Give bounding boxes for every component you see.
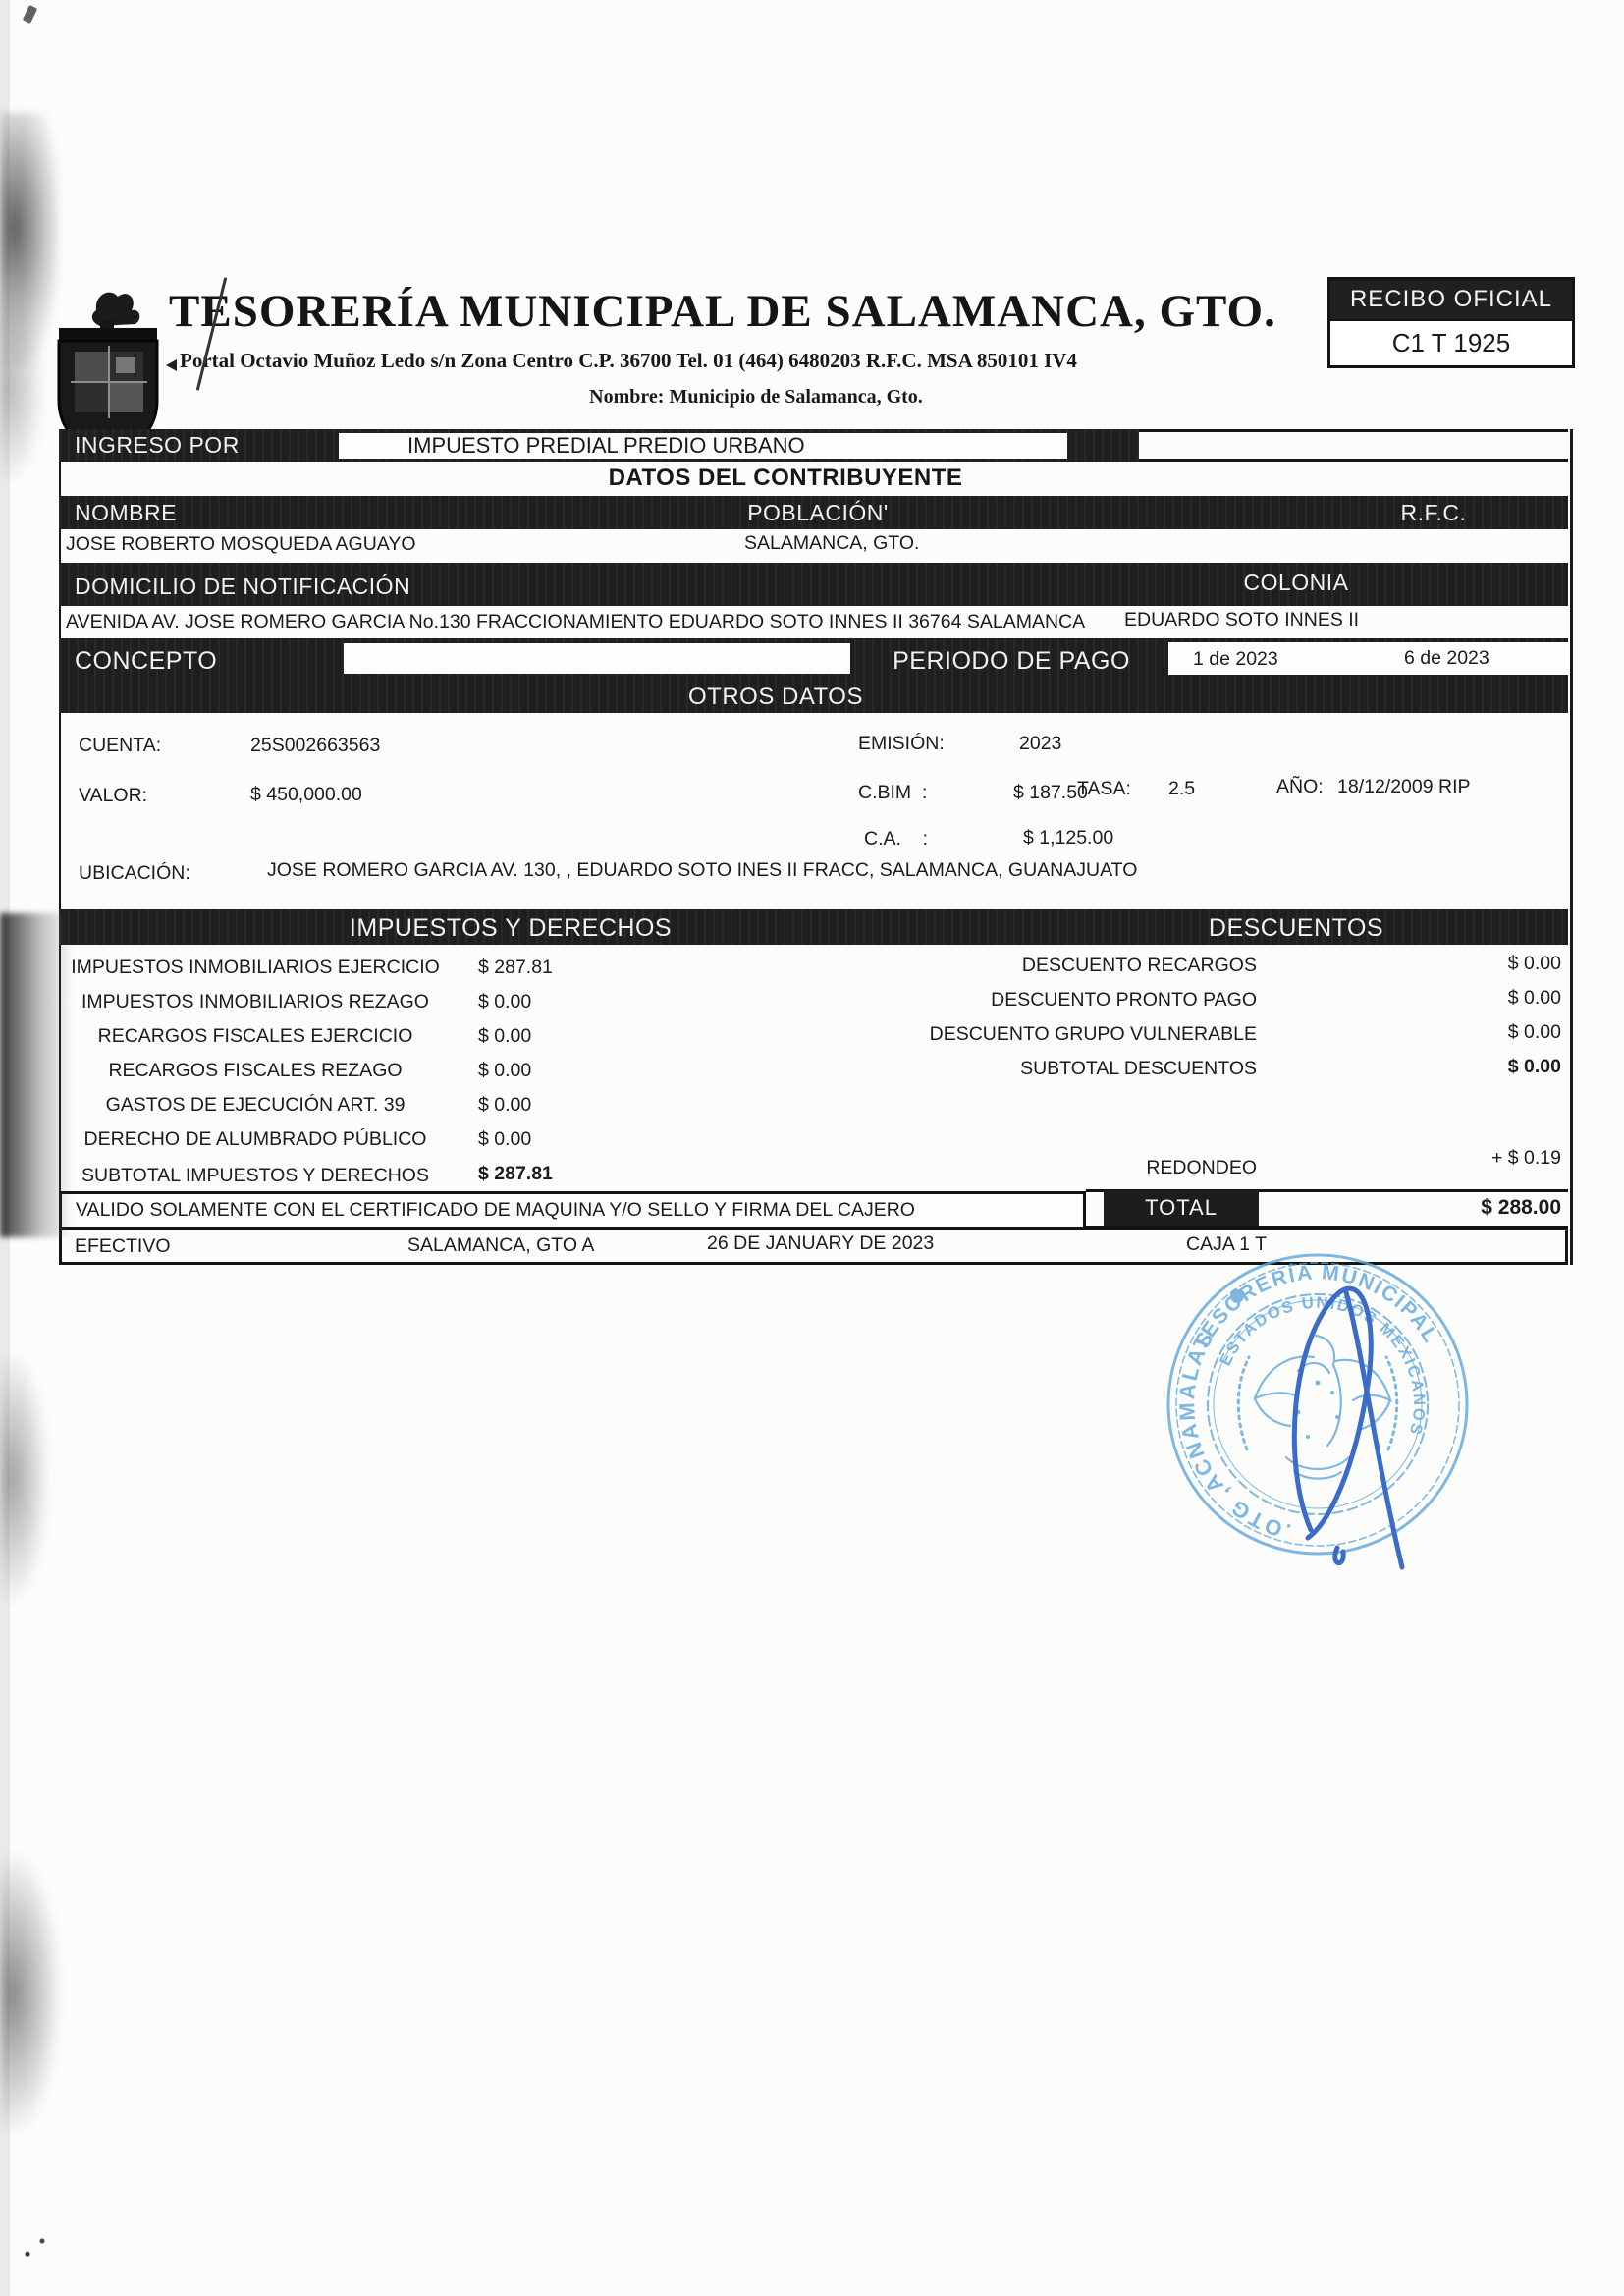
table-row-label: RECARGOS FISCALES EJERCICIO	[69, 1025, 442, 1048]
nombre-label: NOMBRE	[75, 500, 177, 526]
table-row-amount: $ 0.00	[478, 1094, 531, 1117]
valido-legend-box: VALIDO SOLAMENTE CON EL CERTIFICADO DE M…	[59, 1191, 1086, 1230]
table-row-amount: $ 287.81	[478, 957, 553, 979]
total-amount: $ 288.00	[1267, 1196, 1561, 1220]
scan-artifact	[0, 1355, 47, 1601]
domicilio-value: AVENIDA AV. JOSE ROMERO GARCIA No.130 FR…	[66, 611, 1085, 633]
table-row-label: DESCUENTO GRUPO VULNERABLE	[864, 1023, 1257, 1046]
subtotal-impuestos-label: SUBTOTAL IMPUESTOS Y DERECHOS	[69, 1165, 442, 1187]
header-address: Portal Octavio Muñoz Ledo s/n Zona Centr…	[180, 349, 1077, 373]
section-impuestos-derechos: IMPUESTOS Y DERECHOS	[157, 914, 864, 943]
table-row-label: DESCUENTO PRONTO PAGO	[864, 989, 1257, 1011]
table-row-label: RECARGOS FISCALES REZAGO	[69, 1060, 442, 1082]
section-datos-contribuyente: DATOS DEL CONTRIBUYENTE	[59, 465, 1512, 492]
header-name-line: Nombre: Municipio de Salamanca, Gto.	[314, 386, 1198, 409]
nombre-value: JOSE ROBERTO MOSQUEDA AGUAYO	[66, 533, 416, 556]
rfc-label: R.F.C.	[1335, 500, 1532, 526]
seal-arc-texts: TESORERÍA MUNICIPAL .OTG ,ACNAMALAS ESTA…	[1174, 1261, 1442, 1544]
receipt-number: C1 T 1925	[1330, 319, 1572, 365]
table-row-amount: $ 0.00	[478, 991, 531, 1013]
ingreso-por-value: IMPUESTO PREDIAL PREDIO URBANO	[339, 433, 1067, 459]
tasa-label: TASA:	[1077, 778, 1131, 800]
cuenta-value: 25S002663563	[250, 735, 380, 757]
cbim-label: C.BIM :	[858, 782, 927, 804]
redondeo-amount: + $ 0.19	[1365, 1147, 1561, 1170]
table-row-amount: $ 0.00	[1365, 953, 1561, 975]
ingreso-por-value-box: IMPUESTO PREDIAL PREDIO URBANO	[339, 433, 1067, 459]
periodo-inicio-value: 1 de 2023	[1193, 648, 1278, 671]
table-row-amount: $ 0.00	[1365, 1021, 1561, 1044]
periodo-de-pago-label: PERIODO DE PAGO	[864, 647, 1159, 676]
ingreso-por-label: INGRESO POR	[75, 432, 240, 459]
official-receipt-box: RECIBO OFICIAL C1 T 1925	[1327, 277, 1575, 368]
scan-artifact	[0, 0, 10, 2296]
tasa-value: 2.5	[1168, 778, 1195, 800]
receipt-page: TESORERÍA MUNICIPAL DE SALAMANCA, GTO. P…	[0, 0, 1624, 2296]
valor-label: VALOR:	[79, 785, 147, 807]
cuenta-label: CUENTA:	[79, 735, 161, 757]
ubicacion-label: UBICACIÓN:	[79, 862, 190, 885]
emision-value: 2023	[1019, 733, 1061, 755]
table-row-amount: $ 0.00	[1365, 987, 1561, 1010]
table-row-label: GASTOS DE EJECUCIÓN ART. 39	[69, 1094, 442, 1117]
page-title: TESORERÍA MUNICIPAL DE SALAMANCA, GTO.	[169, 285, 1276, 338]
total-label: TOTAL	[1104, 1190, 1259, 1226]
poblacion-label: POBLACIÓN'	[671, 500, 965, 526]
scan-artifact	[0, 295, 43, 481]
ca-value: $ 1,125.00	[1023, 827, 1113, 849]
stamp-seal: TESORERÍA MUNICIPAL .OTG ,ACNAMALAS ESTA…	[1151, 1235, 1489, 1613]
table-row-label: IMPUESTOS INMOBILIARIOS EJERCICIO	[69, 957, 442, 979]
subtotal-descuentos-amount: $ 0.00	[1365, 1056, 1561, 1078]
valor-value: $ 450,000.00	[250, 784, 362, 806]
section-otros-datos: OTROS DATOS	[59, 683, 1492, 711]
emision-label: EMISIÓN:	[858, 733, 945, 755]
subtotal-impuestos-amount: $ 287.81	[478, 1163, 553, 1185]
rule-segment	[1139, 429, 1568, 462]
colonia-label: COLONIA	[1149, 570, 1443, 596]
colonia-value: EDUARDO SOTO INNES II	[1124, 609, 1359, 631]
scan-artifact	[22, 2235, 51, 2259]
scan-artifact	[0, 1856, 59, 2131]
valido-legend: VALIDO SOLAMENTE CON EL CERTIFICADO DE M…	[62, 1194, 1083, 1226]
subtotal-descuentos-label: SUBTOTAL DESCUENTOS	[864, 1058, 1257, 1080]
concepto-label: CONCEPTO	[75, 647, 217, 676]
table-row-amount: $ 0.00	[478, 1025, 531, 1048]
section-descuentos: DESCUENTOS	[1021, 914, 1571, 943]
table-row-label: DERECHO DE ALUMBRADO PÚBLICO	[69, 1128, 442, 1151]
anio-value: 18/12/2009 RIP	[1337, 776, 1471, 798]
ca-label: C.A. :	[864, 828, 928, 850]
concepto-value-box	[344, 643, 850, 674]
forma-pago-value: EFECTIVO	[75, 1235, 171, 1258]
periodo-fin-value: 6 de 2023	[1404, 647, 1489, 670]
table-row-amount: $ 0.00	[478, 1060, 531, 1082]
lugar-value: SALAMANCA, GTO A	[407, 1234, 594, 1257]
table-row-label: IMPUESTOS INMOBILIARIOS REZAGO	[69, 991, 442, 1013]
fecha-value: 26 DE JANUARY DE 2023	[707, 1232, 934, 1255]
table-row-amount: $ 0.00	[478, 1128, 531, 1151]
domicilio-label: DOMICILIO DE NOTIFICACIÓN	[75, 574, 410, 600]
scan-artifact	[23, 5, 38, 24]
recibo-oficial-header: RECIBO OFICIAL	[1330, 280, 1572, 319]
poblacion-value: SALAMANCA, GTO.	[744, 532, 919, 555]
redondeo-label: REDONDEO	[864, 1157, 1257, 1179]
ubicacion-value: JOSE ROMERO GARCIA AV. 130, , EDUARDO SO…	[267, 859, 1137, 882]
table-row-label: DESCUENTO RECARGOS	[864, 955, 1257, 977]
anio-label: AÑO:	[1276, 776, 1324, 798]
